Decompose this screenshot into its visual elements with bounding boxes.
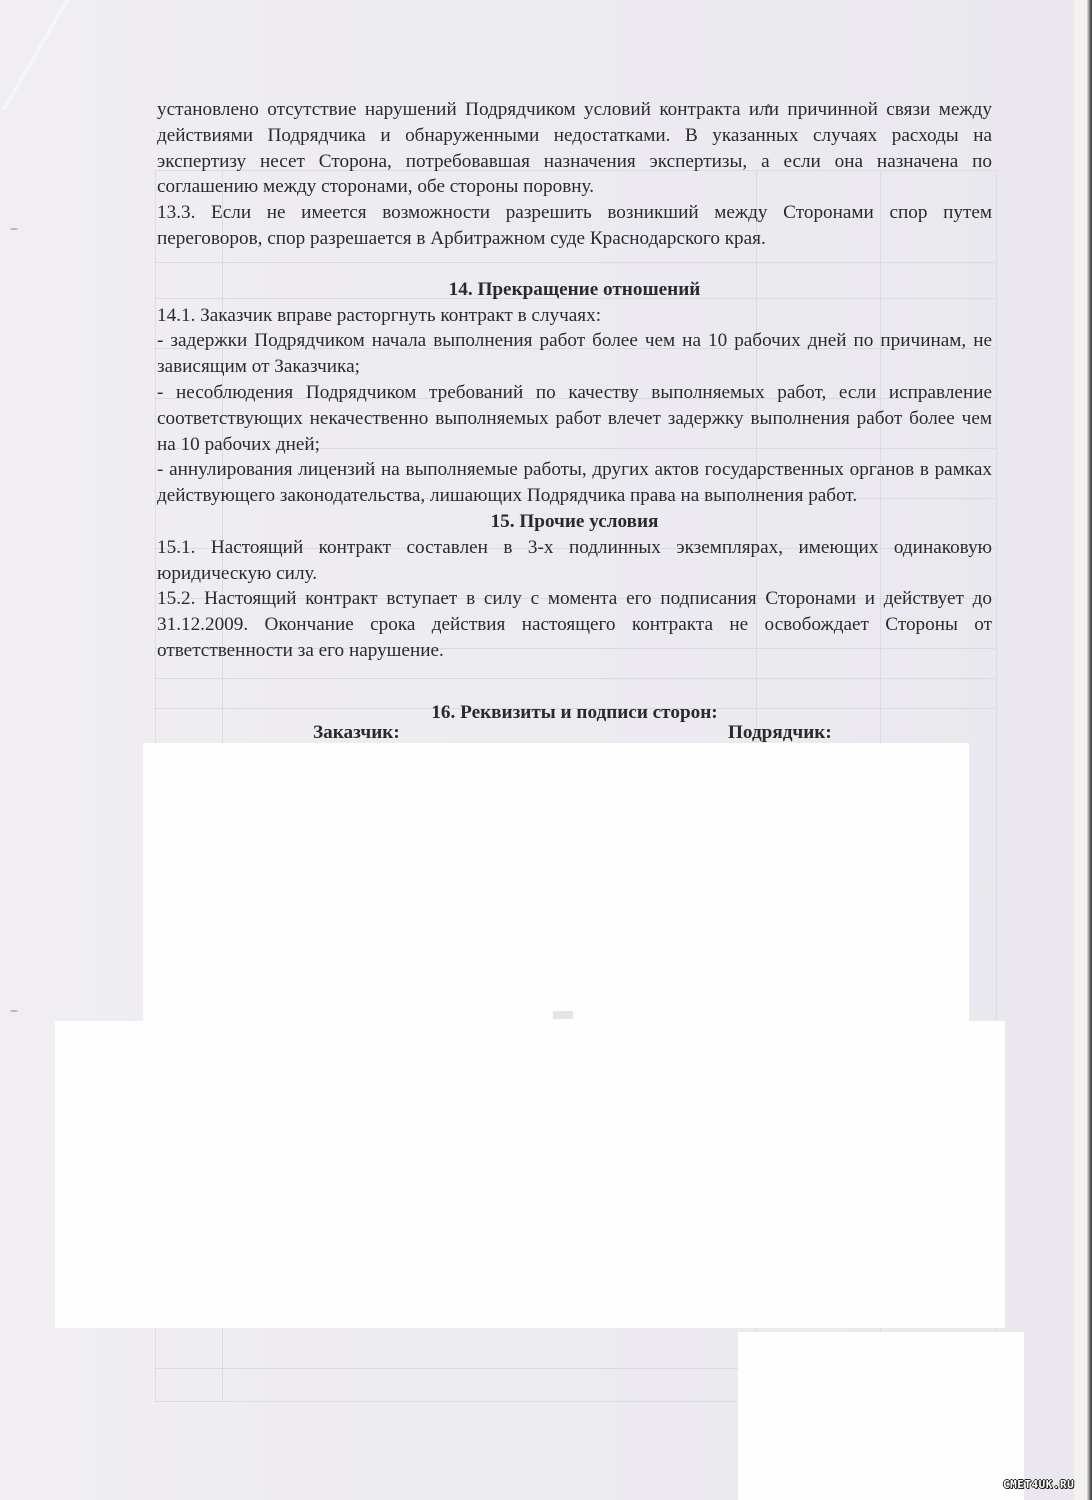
- paper-crease: [0, 0, 70, 110]
- clause-14-1-item: - задержки Подрядчиком начала выполнения…: [157, 328, 992, 380]
- clause-13-2-continuation: установлено отсутствие нарушений Подрядч…: [157, 97, 992, 200]
- page-right-edge: [1074, 0, 1092, 1500]
- section-15-heading: 15. Прочие условия: [157, 509, 992, 535]
- scan-speck: [10, 1010, 18, 1012]
- clause-14-1: 14.1. Заказчик вправе расторгнуть контра…: [157, 303, 992, 329]
- clause-14-1-item: - несоблюдения Подрядчиком требований по…: [157, 380, 992, 457]
- scan-speck: [10, 228, 18, 230]
- scan-artifact-mark: [553, 1011, 573, 1019]
- clause-13-3: 13.3. Если не имеется возможности разреш…: [157, 200, 992, 252]
- contract-text: установлено отсутствие нарушений Подрядч…: [157, 97, 992, 726]
- redaction-block-details: [55, 1021, 1005, 1328]
- clause-15-1: 15.1. Настоящий контракт составлен в 3-х…: [157, 535, 992, 587]
- clause-15-2: 15.2. Настоящий контракт вступает в силу…: [157, 586, 992, 663]
- section-14-heading: 14. Прекращение отношений: [157, 277, 992, 303]
- clause-14-1-item: - аннулирования лицензий на выполняемые …: [157, 457, 992, 509]
- redaction-block-signatures: [143, 743, 969, 1021]
- customer-label: Заказчик:: [313, 722, 400, 744]
- redaction-block-corner: [738, 1332, 1024, 1500]
- contractor-label: Подрядчик:: [728, 722, 832, 744]
- site-watermark: CMET4UK.RU: [1003, 1478, 1074, 1491]
